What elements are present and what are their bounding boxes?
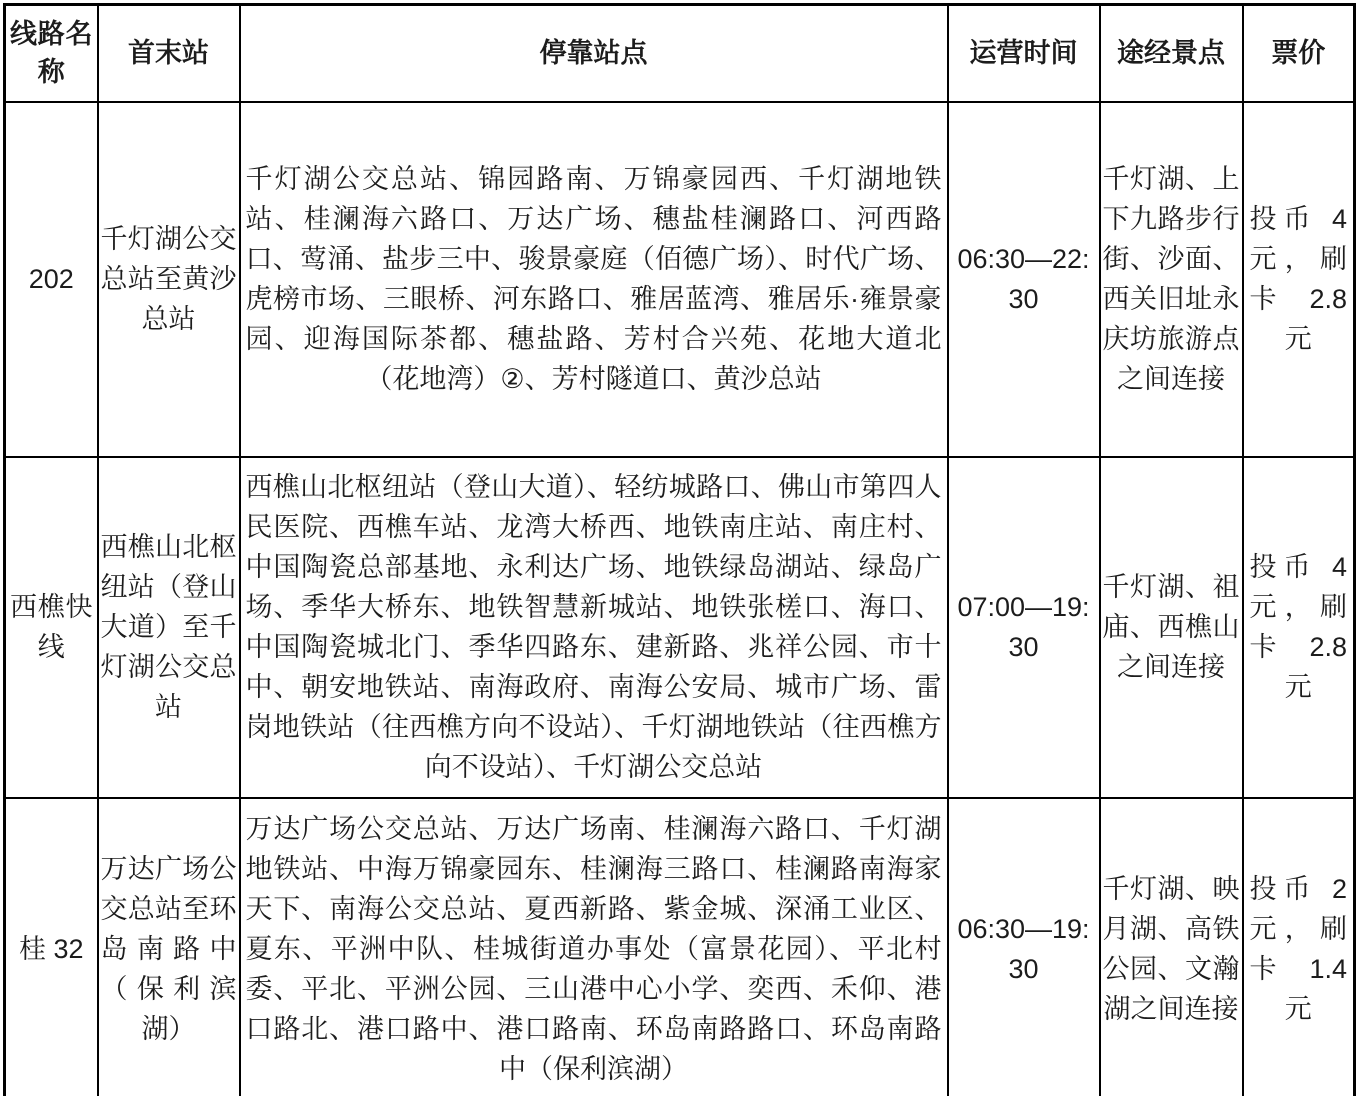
header-cell-attractions: 途经景点 <box>1100 5 1243 102</box>
table-header-row: 线路名称 首末站 停靠站点 运营时间 途经景点 票价 <box>5 5 1355 102</box>
cell-terminals: 万达广场公交总站至环岛南路中（保利滨湖） <box>98 798 240 1096</box>
header-cell-terminals: 首末站 <box>98 5 240 102</box>
cell-hours: 07:00—19:30 <box>948 457 1100 798</box>
cell-terminals: 千灯湖公交总站至黄沙总站 <box>98 102 240 457</box>
cell-fare: 投币 2 元，刷卡 1.4 元 <box>1243 798 1355 1096</box>
header-cell-stops: 停靠站点 <box>240 5 948 102</box>
cell-stops: 万达广场公交总站、万达广场南、桂澜海六路口、千灯湖地铁站、中海万锦豪园东、桂澜海… <box>240 798 948 1096</box>
table-row-route-202: 202 千灯湖公交总站至黄沙总站 千灯湖公交总站、锦园路南、万锦豪园西、千灯湖地… <box>5 102 1355 457</box>
cell-terminals: 西樵山北枢纽站（登山大道）至千灯湖公交总站 <box>98 457 240 798</box>
cell-route-name: 西樵快线 <box>5 457 98 798</box>
bus-routes-table: 线路名称 首末站 停靠站点 运营时间 途经景点 票价 202 千灯湖公交总站至黄… <box>3 3 1356 1096</box>
header-cell-route-name: 线路名称 <box>5 5 98 102</box>
cell-attractions: 千灯湖、祖庙、西樵山之间连接 <box>1100 457 1243 798</box>
cell-fare: 投币 4 元，刷卡 2.8 元 <box>1243 457 1355 798</box>
cell-attractions: 千灯湖、映月湖、高铁公园、文瀚湖之间连接 <box>1100 798 1243 1096</box>
cell-stops: 西樵山北枢纽站（登山大道）、轻纺城路口、佛山市第四人民医院、西樵车站、龙湾大桥西… <box>240 457 948 798</box>
table-row-route-xiqiao-express: 西樵快线 西樵山北枢纽站（登山大道）至千灯湖公交总站 西樵山北枢纽站（登山大道）… <box>5 457 1355 798</box>
cell-hours: 06:30—22:30 <box>948 102 1100 457</box>
cell-stops: 千灯湖公交总站、锦园路南、万锦豪园西、千灯湖地铁站、桂澜海六路口、万达广场、穗盐… <box>240 102 948 457</box>
table-row-route-gui32: 桂 32 万达广场公交总站至环岛南路中（保利滨湖） 万达广场公交总站、万达广场南… <box>5 798 1355 1096</box>
cell-fare: 投币 4 元，刷卡 2.8 元 <box>1243 102 1355 457</box>
cell-attractions: 千灯湖、上下九路步行街、沙面、西关旧址永庆坊旅游点之间连接 <box>1100 102 1243 457</box>
cell-hours: 06:30—19:30 <box>948 798 1100 1096</box>
header-cell-fare: 票价 <box>1243 5 1355 102</box>
cell-route-name: 202 <box>5 102 98 457</box>
cell-route-name: 桂 32 <box>5 798 98 1096</box>
header-cell-hours: 运营时间 <box>948 5 1100 102</box>
